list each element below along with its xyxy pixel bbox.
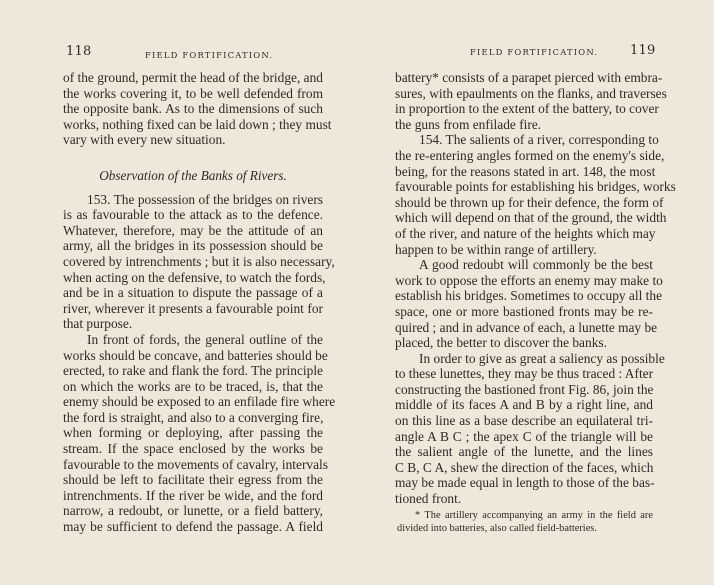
text-line: river, wherever it presents a favourable…: [63, 301, 323, 317]
text-line: placed, the better to discover the banks…: [395, 335, 653, 351]
paragraph-fords: In front of fords, the general outline o…: [63, 332, 323, 535]
paragraph-154: 154. The salients of a river, correspond…: [395, 132, 653, 257]
text-line: middle of its faces A and B by a right l…: [395, 397, 653, 413]
paragraph-saliency: In order to give as great a saliency as …: [395, 351, 653, 507]
text-line: works should be concave, and batteries s…: [63, 348, 323, 364]
continuation-paragraph: of the ground, permit the head of the br…: [63, 70, 323, 148]
text-line: on which the works are to be traced, is,…: [63, 379, 323, 395]
text-line: happen to be within range of artillery.: [395, 242, 653, 258]
text-line: stream. If the space enclosed by the wor…: [63, 441, 323, 457]
paragraph-153: 153. The possession of the bridges on ri…: [63, 192, 323, 332]
text-line: when forming or deploying, after passing…: [63, 425, 323, 441]
footnote: * The artillery accompanying an army in …: [397, 509, 653, 535]
text-line: 153. The possession of the bridges on ri…: [63, 192, 323, 208]
paragraph-redoubt: A good redoubt will commonly be the best…: [395, 257, 653, 351]
text-line: should be left to facilitate their egres…: [63, 472, 323, 488]
page-number: 119: [630, 43, 655, 58]
right-page: FIELD FORTIFICATION. 119 battery* consis…: [357, 0, 714, 585]
text-line: the opposite bank. As to the dimensions …: [63, 101, 323, 117]
text-line: works, nothing fixed can be laid down ; …: [63, 117, 323, 133]
text-line: 154. The salients of a river, correspond…: [395, 132, 653, 148]
text-line: when acting on the defensive, to watch t…: [63, 270, 323, 286]
text-line: to these lunettes, they may be thus trac…: [395, 366, 653, 382]
text-line: enemy should be exposed to an enfilade f…: [63, 394, 323, 410]
text-line: favourable points for establishing his b…: [395, 179, 653, 195]
text-line: intrenchments. If the river be wide, and…: [63, 488, 323, 504]
running-title: FIELD FORTIFICATION.: [145, 50, 273, 60]
text-line: may be sufficient to defend the passage.…: [63, 519, 323, 535]
text-line: angle A B C ; the apex C of the triangle…: [395, 429, 653, 445]
text-line: Whatever, therefore, may be the attitude…: [63, 223, 323, 239]
text-line: should be thrown up for their defence, t…: [395, 195, 653, 211]
text-line: the ford is straight, and also to a conv…: [63, 410, 323, 426]
text-line: of the river, and nature of the heights …: [395, 226, 653, 242]
text-line: battery* consists of a parapet pierced w…: [395, 70, 653, 86]
footnote-line: divided into batteries, also called fiel…: [397, 522, 653, 535]
text-line: covered by intrenchments ; but it is als…: [63, 254, 323, 270]
text-line: the guns from enfilade fire.: [395, 117, 653, 133]
text-line: erected, to rake and flank the ford. The…: [63, 363, 323, 379]
running-title: FIELD FORTIFICATION.: [470, 47, 598, 57]
text-line: which will depend on that of the ground,…: [395, 210, 653, 226]
text-line: sures, with epaulments on the flanks, an…: [395, 86, 653, 102]
page-number: 118: [66, 44, 91, 59]
text-line: space, one or more bastioned fronts may …: [395, 304, 653, 320]
text-line: establish his bridges. Sometimes to occu…: [395, 288, 653, 304]
left-page-body: of the ground, permit the head of the br…: [63, 70, 323, 535]
section-heading: Observation of the Banks of Rivers.: [63, 168, 323, 184]
text-line: C B, C A, shew the direction of the face…: [395, 460, 653, 476]
text-line: the salient angle of the lunette, and th…: [395, 444, 653, 460]
continuation-paragraph: battery* consists of a parapet pierced w…: [395, 70, 653, 132]
footnote-line: * The artillery accompanying an army in …: [397, 509, 653, 522]
text-line: being, for the reasons stated in art. 14…: [395, 164, 653, 180]
text-line: quired ; and in advance of each, a lunet…: [395, 320, 653, 336]
text-line: army, all the bridges in its possession …: [63, 238, 323, 254]
text-line: may be made equal in length to those of …: [395, 475, 653, 491]
text-line: In order to give as great a saliency as …: [395, 351, 653, 367]
text-line: tioned front.: [395, 491, 653, 507]
text-line: that purpose.: [63, 316, 323, 332]
text-line: of the ground, permit the head of the br…: [63, 70, 323, 86]
text-line: and be in a situation to dispute the pas…: [63, 285, 323, 301]
text-line: vary with every new situation.: [63, 132, 323, 148]
text-line: in proportion to the extent of the batte…: [395, 101, 653, 117]
text-line: constructing the bastioned front Fig. 86…: [395, 382, 653, 398]
left-page: 118 FIELD FORTIFICATION. of the ground, …: [0, 0, 357, 585]
text-line: the works covering it, to be well defend…: [63, 86, 323, 102]
text-line: is as favourable to the attack as to the…: [63, 207, 323, 223]
text-line: In front of fords, the general outline o…: [63, 332, 323, 348]
text-line: the re-entering angles formed on the ene…: [395, 148, 653, 164]
text-line: favourable to the movements of cavalry, …: [63, 457, 323, 473]
right-page-body: battery* consists of a parapet pierced w…: [395, 70, 653, 507]
text-line: narrow, a redoubt, or lunette, or a fiel…: [63, 503, 323, 519]
text-line: on this line as a base describe an equil…: [395, 413, 653, 429]
text-line: A good redoubt will commonly be the best: [395, 257, 653, 273]
text-line: work to oppose the efforts an enemy may …: [395, 273, 653, 289]
